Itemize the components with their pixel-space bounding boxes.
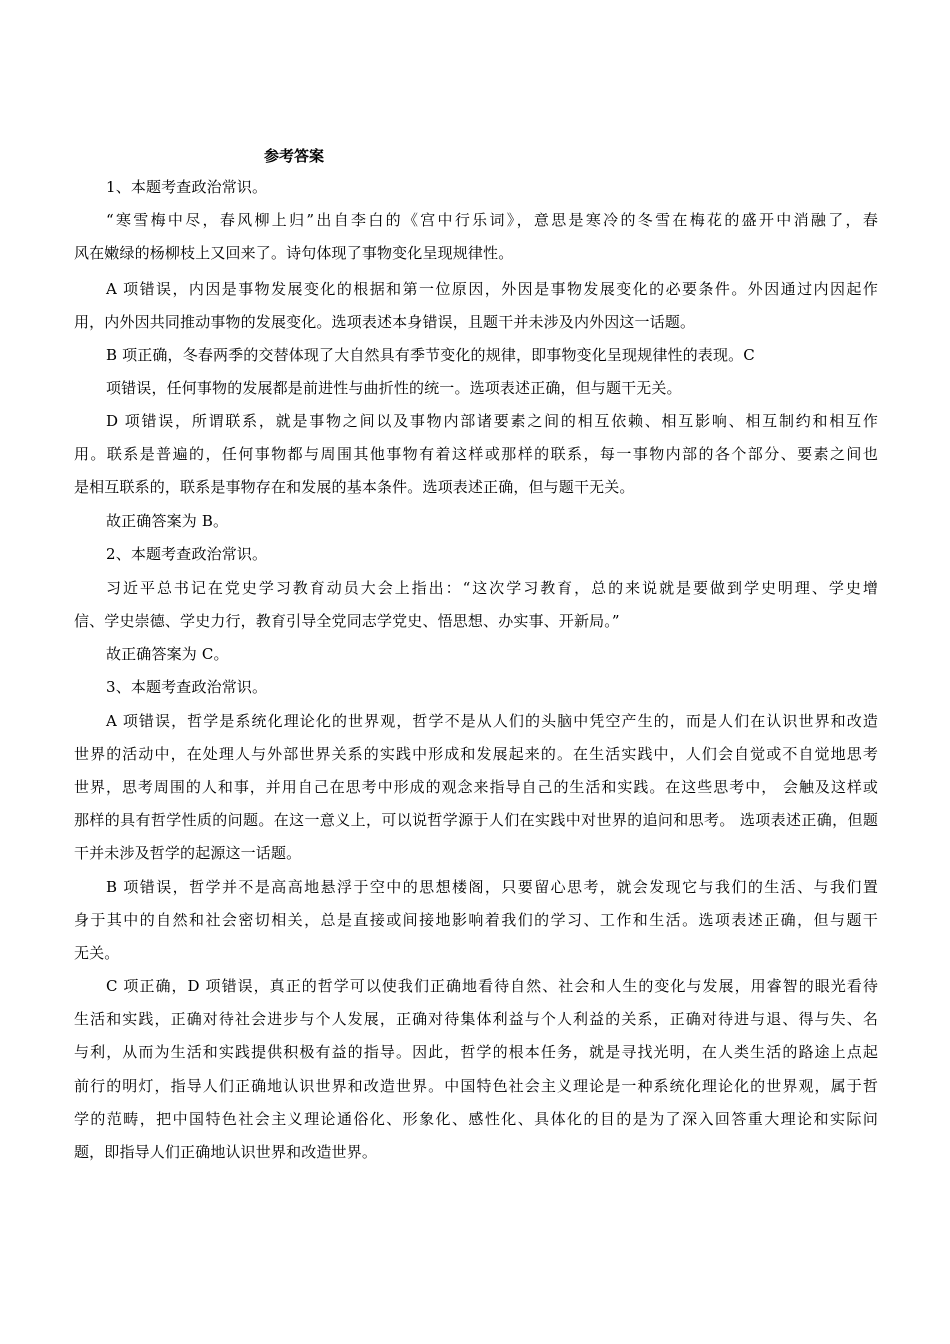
text-line: 信、学史崇德、学史力行，教育引导全党同志学党史、悟思想、办实事、开新局。”	[74, 610, 878, 632]
text-line: 项错误，任何事物的发展都是前进性与曲折性的统一。选项表述正确，但与题干无关。	[106, 377, 878, 399]
text-line: 与利，从而为生活和实践提供积极有益的指导。因此，哲学的根本任务，就是寻找光明，在…	[74, 1041, 878, 1063]
text-line: 风在嫩绿的杨柳枝上又回来了。诗句体现了事物变化呈现规律性。	[74, 242, 878, 264]
text-line: 世界，思考周围的人和事，并用自己在思考中形成的观念来指导自己的生活和实践。在这些…	[74, 776, 878, 798]
text-line: 世界的活动中，在处理人与外部世界关系的实践中形成和发展起来的。在生活实践中，人们…	[74, 743, 878, 765]
text-line: 身于其中的自然和社会密切相关，总是直接或间接地影响着我们的学习、工作和生活。选项…	[74, 909, 878, 931]
text-line: 3、本题考查政治常识。	[106, 676, 878, 698]
text-line: 无关。	[74, 942, 878, 964]
text-line: 故正确答案为 B。	[106, 510, 878, 532]
text-line: 用。联系是普遍的，任何事物都与周围其他事物有着这样或那样的联系，每一事物内部的各…	[74, 443, 878, 465]
text-line: 生活和实践，正确对待社会进步与个人发展，正确对待集体利益与个人利益的关系，正确对…	[74, 1008, 878, 1030]
text-line: 习近平总书记在党史学习教育动员大会上指出：“这次学习教育，总的来说就是要做到学史…	[106, 577, 878, 599]
text-line: D 项错误，所谓联系，就是事物之间以及事物内部诸要素之间的相互依赖、相互影响、相…	[106, 410, 878, 432]
text-line: 是相互联系的，联系是事物存在和发展的基本条件。选项表述正确，但与题干无关。	[74, 476, 878, 498]
text-line: 前行的明灯，指导人们正确地认识世界和改造世界。中国特色社会主义理论是一种系统化理…	[74, 1075, 878, 1097]
text-line: C 项正确，D 项错误，真正的哲学可以使我们正确地看待自然、社会和人生的变化与发…	[106, 975, 878, 997]
document-page: 参考答案 1、本题考查政治常识。“寒雪梅中尽，春风柳上归”出自李白的《宫中行乐词…	[0, 0, 950, 1344]
text-line: 干并未涉及哲学的起源这一话题。	[74, 842, 878, 864]
text-line: 用，内外因共同推动事物的发展变化。选项表述本身错误，且题干并未涉及内外因这一话题…	[74, 311, 878, 333]
text-line: B 项错误，哲学并不是高高地悬浮于空中的思想楼阁，只要留心思考，就会发现它与我们…	[106, 876, 878, 898]
text-line: A 项错误，哲学是系统化理论化的世界观，哲学不是从人们的头脑中凭空产生的，而是人…	[106, 710, 878, 732]
text-line: A 项错误，内因是事物发展变化的根据和第一位原因，外因是事物发展变化的必要条件。…	[106, 278, 878, 300]
text-line: “寒雪梅中尽，春风柳上归”出自李白的《宫中行乐词》，意思是寒冷的冬雪在梅花的盛开…	[106, 209, 878, 231]
text-line: 那样的具有哲学性质的问题。在这一意义上，可以说哲学源于人们在实践中对世界的追问和…	[74, 809, 878, 831]
text-line: B 项正确，冬春两季的交替体现了大自然具有季节变化的规律，即事物变化呈现规律性的…	[106, 344, 878, 366]
text-line: 2、本题考查政治常识。	[106, 543, 878, 565]
text-line: 学的范畴，把中国特色社会主义理论通俗化、形象化、感性化、具体化的目的是为了深入回…	[74, 1108, 878, 1130]
text-line: 题，即指导人们正确地认识世界和改造世界。	[74, 1141, 878, 1163]
text-line: 1、本题考查政治常识。	[106, 176, 878, 198]
page-title: 参考答案	[264, 145, 324, 166]
text-line: 故正确答案为 C。	[106, 643, 878, 665]
